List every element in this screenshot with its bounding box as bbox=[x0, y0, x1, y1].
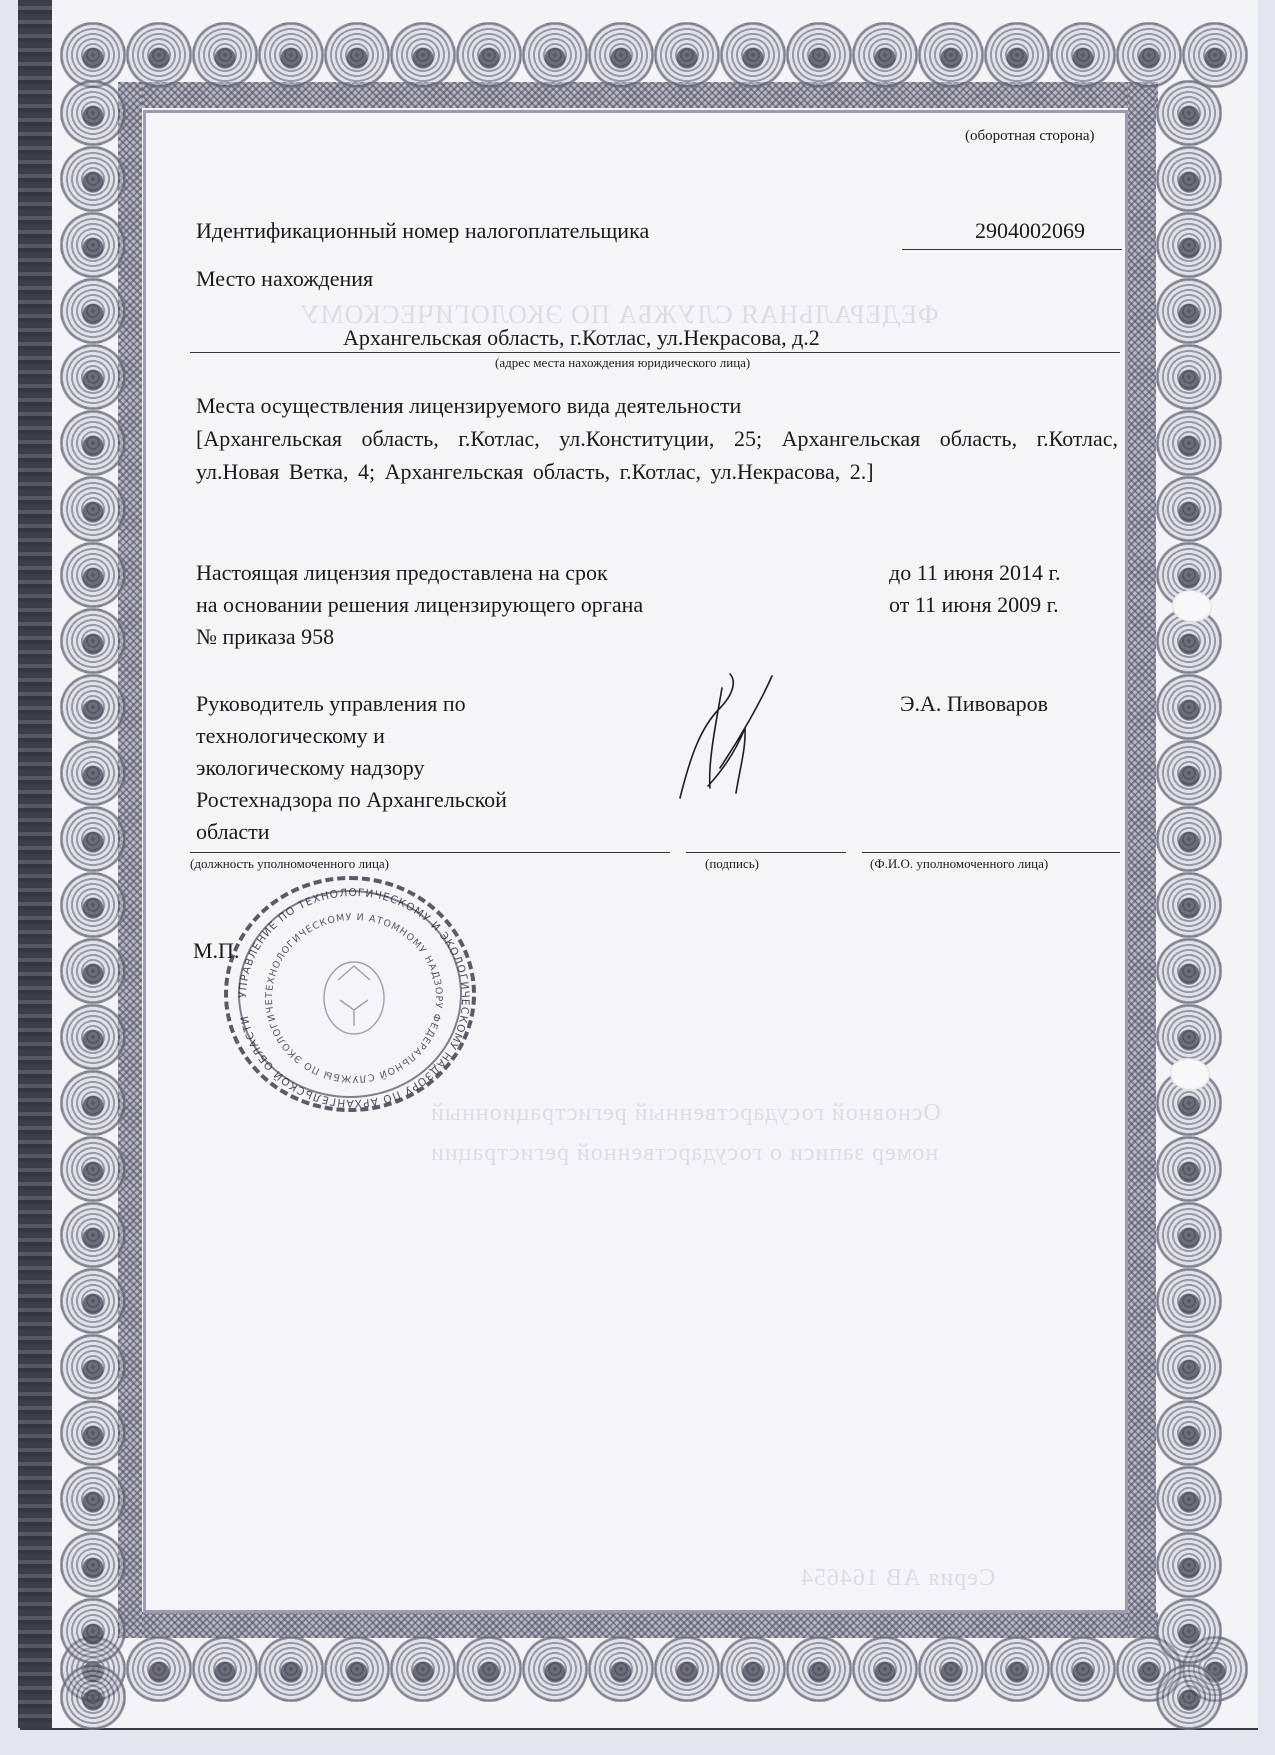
frame-ornament bbox=[324, 22, 390, 88]
term-label: Настоящая лицензия предоставлена на срок bbox=[196, 557, 608, 589]
frame-ornament bbox=[60, 1136, 126, 1202]
frame-ornament bbox=[1156, 1466, 1222, 1532]
frame-ornament bbox=[126, 1636, 192, 1702]
frame-ornament bbox=[324, 1636, 390, 1702]
frame-ornament bbox=[126, 22, 192, 88]
frame-ornament bbox=[1156, 212, 1222, 278]
frame-ornament bbox=[258, 22, 324, 88]
signatory-position-line: Ростехнадзора по Архангельской bbox=[196, 784, 507, 816]
frame-ornament bbox=[1156, 1136, 1222, 1202]
frame-ornament bbox=[786, 22, 852, 88]
frame-ornament bbox=[390, 1636, 456, 1702]
signature-caption: (подпись) bbox=[705, 856, 759, 872]
frame-ornament bbox=[1156, 1532, 1222, 1598]
frame-ornament bbox=[1116, 22, 1182, 88]
signatory-position-line: экологическому надзору bbox=[196, 752, 425, 784]
frame-ornament bbox=[60, 80, 126, 146]
frame-ornament bbox=[60, 542, 126, 608]
side-label: (оборотная сторона) bbox=[965, 127, 1095, 145]
frame-ornament bbox=[1156, 476, 1222, 542]
frame-ornament bbox=[60, 1466, 126, 1532]
frame-ornament bbox=[60, 1268, 126, 1334]
frame-ornament bbox=[1156, 410, 1222, 476]
frame-ornament bbox=[1156, 1334, 1222, 1400]
location-underline bbox=[190, 352, 1120, 353]
frame-ornament bbox=[654, 1636, 720, 1702]
position-caption: (должность уполномоченного лица) bbox=[190, 856, 389, 872]
frame-ornament bbox=[720, 1636, 786, 1702]
frame-ornament bbox=[1156, 80, 1222, 146]
frame-ornament bbox=[1156, 1268, 1222, 1334]
frame-ornament bbox=[60, 278, 126, 344]
location-value: Архангельская область, г.Котлас, ул.Некр… bbox=[343, 322, 820, 354]
frame-bottom-band bbox=[118, 1612, 1158, 1638]
frame-ornament bbox=[852, 1636, 918, 1702]
inn-underline bbox=[902, 249, 1122, 250]
frame-ornament bbox=[1050, 1636, 1116, 1702]
location-caption: (адрес места нахождения юридического лиц… bbox=[495, 355, 750, 371]
official-stamp: УПРАВЛЕНИЕ ПО ТЕХНОЛОГИЧЕСКОМУ И ЭКОЛОГИ… bbox=[224, 876, 476, 1112]
frame-ornament bbox=[60, 608, 126, 674]
frame-left-scallops bbox=[60, 80, 126, 1730]
frame-ornament bbox=[60, 938, 126, 1004]
activity-places-label: Места осуществления лицензируемого вида … bbox=[196, 390, 741, 422]
inn-label: Идентификационный номер налогоплательщик… bbox=[196, 215, 649, 247]
frame-ornament bbox=[60, 476, 126, 542]
bleed-through-text: номер записи о государственной регистрац… bbox=[430, 1140, 938, 1167]
frame-ornament bbox=[1156, 146, 1222, 212]
frame-ornament bbox=[1156, 806, 1222, 872]
decision-label: на основании решения лицензирующего орга… bbox=[196, 589, 643, 621]
frame-ornament bbox=[1156, 1664, 1222, 1730]
frame-ornament bbox=[60, 872, 126, 938]
frame-ornament bbox=[60, 212, 126, 278]
frame-bottom-scallops bbox=[60, 1636, 1248, 1702]
frame-ornament bbox=[60, 1532, 126, 1598]
frame-ornament bbox=[60, 740, 126, 806]
punch-hole bbox=[1170, 1058, 1210, 1090]
frame-right-band bbox=[1128, 82, 1156, 1638]
frame-ornament bbox=[192, 1636, 258, 1702]
frame-ornament bbox=[588, 1636, 654, 1702]
frame-ornament bbox=[522, 1636, 588, 1702]
frame-ornament bbox=[984, 1636, 1050, 1702]
frame-ornament bbox=[1156, 1598, 1222, 1664]
frame-ornament bbox=[1156, 872, 1222, 938]
frame-ornament bbox=[390, 22, 456, 88]
frame-ornament bbox=[60, 410, 126, 476]
frame-ornament bbox=[60, 1400, 126, 1466]
frame-ornament bbox=[60, 22, 126, 88]
frame-ornament bbox=[60, 806, 126, 872]
frame-ornament bbox=[258, 1636, 324, 1702]
frame-ornament bbox=[456, 22, 522, 88]
frame-ornament bbox=[1156, 938, 1222, 1004]
frame-top-scallops bbox=[60, 22, 1248, 88]
signatory-position-line: технологическому и bbox=[196, 720, 385, 752]
frame-ornament bbox=[60, 1202, 126, 1268]
frame-ornament bbox=[60, 1004, 126, 1070]
decision-date: от 11 июня 2009 г. bbox=[889, 589, 1059, 621]
frame-ornament bbox=[1156, 344, 1222, 410]
frame-ornament bbox=[786, 1636, 852, 1702]
inn-value: 2904002069 bbox=[975, 215, 1085, 247]
scan-shadow-edge bbox=[18, 0, 52, 1728]
frame-ornament bbox=[522, 22, 588, 88]
bleed-through-text: Основной государственный регистрационный bbox=[430, 1100, 941, 1127]
coat-of-arms-icon bbox=[324, 962, 384, 1034]
frame-ornament bbox=[984, 22, 1050, 88]
frame-ornament bbox=[456, 1636, 522, 1702]
signature-underline bbox=[686, 852, 846, 853]
name-underline bbox=[862, 852, 1120, 853]
bleed-through-text: Серия АВ 164654 bbox=[800, 1565, 995, 1592]
frame-ornament bbox=[60, 1598, 126, 1664]
frame-ornament bbox=[1156, 1202, 1222, 1268]
frame-ornament bbox=[1050, 22, 1116, 88]
frame-ornament bbox=[918, 22, 984, 88]
activity-places-value: [Архангельская область, г.Котлас, ул.Кон… bbox=[196, 422, 1118, 488]
punch-hole bbox=[1172, 590, 1212, 622]
order-number: № приказа 958 bbox=[196, 621, 334, 653]
signature-mark bbox=[660, 668, 780, 808]
frame-ornament bbox=[1156, 1400, 1222, 1466]
frame-ornament bbox=[60, 1334, 126, 1400]
frame-ornament bbox=[192, 22, 258, 88]
name-caption: (Ф.И.О. уполномоченного лица) bbox=[870, 856, 1048, 872]
frame-right-scallops bbox=[1156, 80, 1222, 1730]
frame-ornament bbox=[1156, 740, 1222, 806]
term-value: до 11 июня 2014 г. bbox=[889, 557, 1061, 589]
frame-ornament bbox=[1156, 278, 1222, 344]
frame-ornament bbox=[918, 1636, 984, 1702]
frame-ornament bbox=[1182, 22, 1248, 88]
signatory-name: Э.А. Пивоваров bbox=[900, 688, 1048, 720]
frame-ornament bbox=[60, 146, 126, 212]
signatory-position-line: области bbox=[196, 816, 270, 848]
frame-ornament bbox=[654, 22, 720, 88]
frame-ornament bbox=[1156, 674, 1222, 740]
frame-ornament bbox=[60, 674, 126, 740]
frame-ornament bbox=[60, 1070, 126, 1136]
frame-ornament bbox=[720, 22, 786, 88]
frame-ornament bbox=[852, 22, 918, 88]
location-label: Место нахождения bbox=[196, 263, 373, 295]
frame-ornament bbox=[60, 1664, 126, 1730]
position-underline bbox=[190, 852, 670, 853]
frame-ornament bbox=[60, 344, 126, 410]
frame-ornament bbox=[588, 22, 654, 88]
signatory-position-line: Руководитель управления по bbox=[196, 688, 466, 720]
